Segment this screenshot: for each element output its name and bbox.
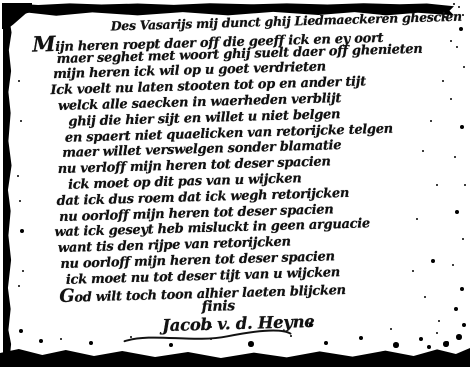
manuscript-text: Des Vasarijs mij dunct ghij Liedmaeckere… [26, 9, 449, 342]
scan-border-bottom [0, 347, 470, 367]
scan-noise-right [458, 6, 460, 8]
signature-flourish-icon [122, 327, 292, 346]
scan-border-left [3, 8, 12, 358]
scan-noise-left [18, 80, 20, 82]
scanned-manuscript-page: Des Vasarijs mij dunct ghij Liedmaeckere… [0, 0, 470, 369]
